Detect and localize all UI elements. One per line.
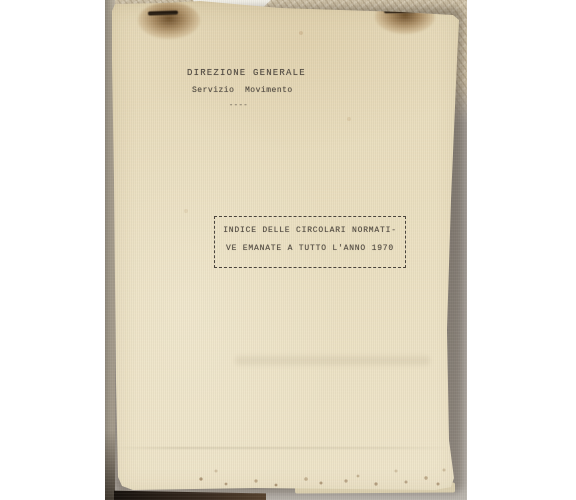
header-office: DIREZIONE GENERALE — [187, 68, 306, 78]
header-separator: ---- — [229, 102, 248, 110]
photo-listing-canvas: DIREZIONE GENERALE Servizio Movimento --… — [0, 0, 576, 500]
document-cover-page: DIREZIONE GENERALE Servizio Movimento --… — [105, 0, 467, 500]
title-dashed-box: INDICE DELLE CIRCOLARI NORMATI- VE EMANA… — [214, 216, 406, 268]
header-service: Servizio Movimento — [192, 86, 293, 95]
title-line1: INDICE DELLE CIRCOLARI NORMATI- — [215, 226, 405, 235]
paper-crease — [113, 447, 453, 449]
photo-area: DIREZIONE GENERALE Servizio Movimento --… — [105, 0, 467, 500]
show-through-smudge — [235, 356, 430, 365]
title-line2: VE EMANATE A TUTTO L'ANNO 1970 — [215, 244, 405, 253]
rust-stain-left — [138, 2, 200, 39]
